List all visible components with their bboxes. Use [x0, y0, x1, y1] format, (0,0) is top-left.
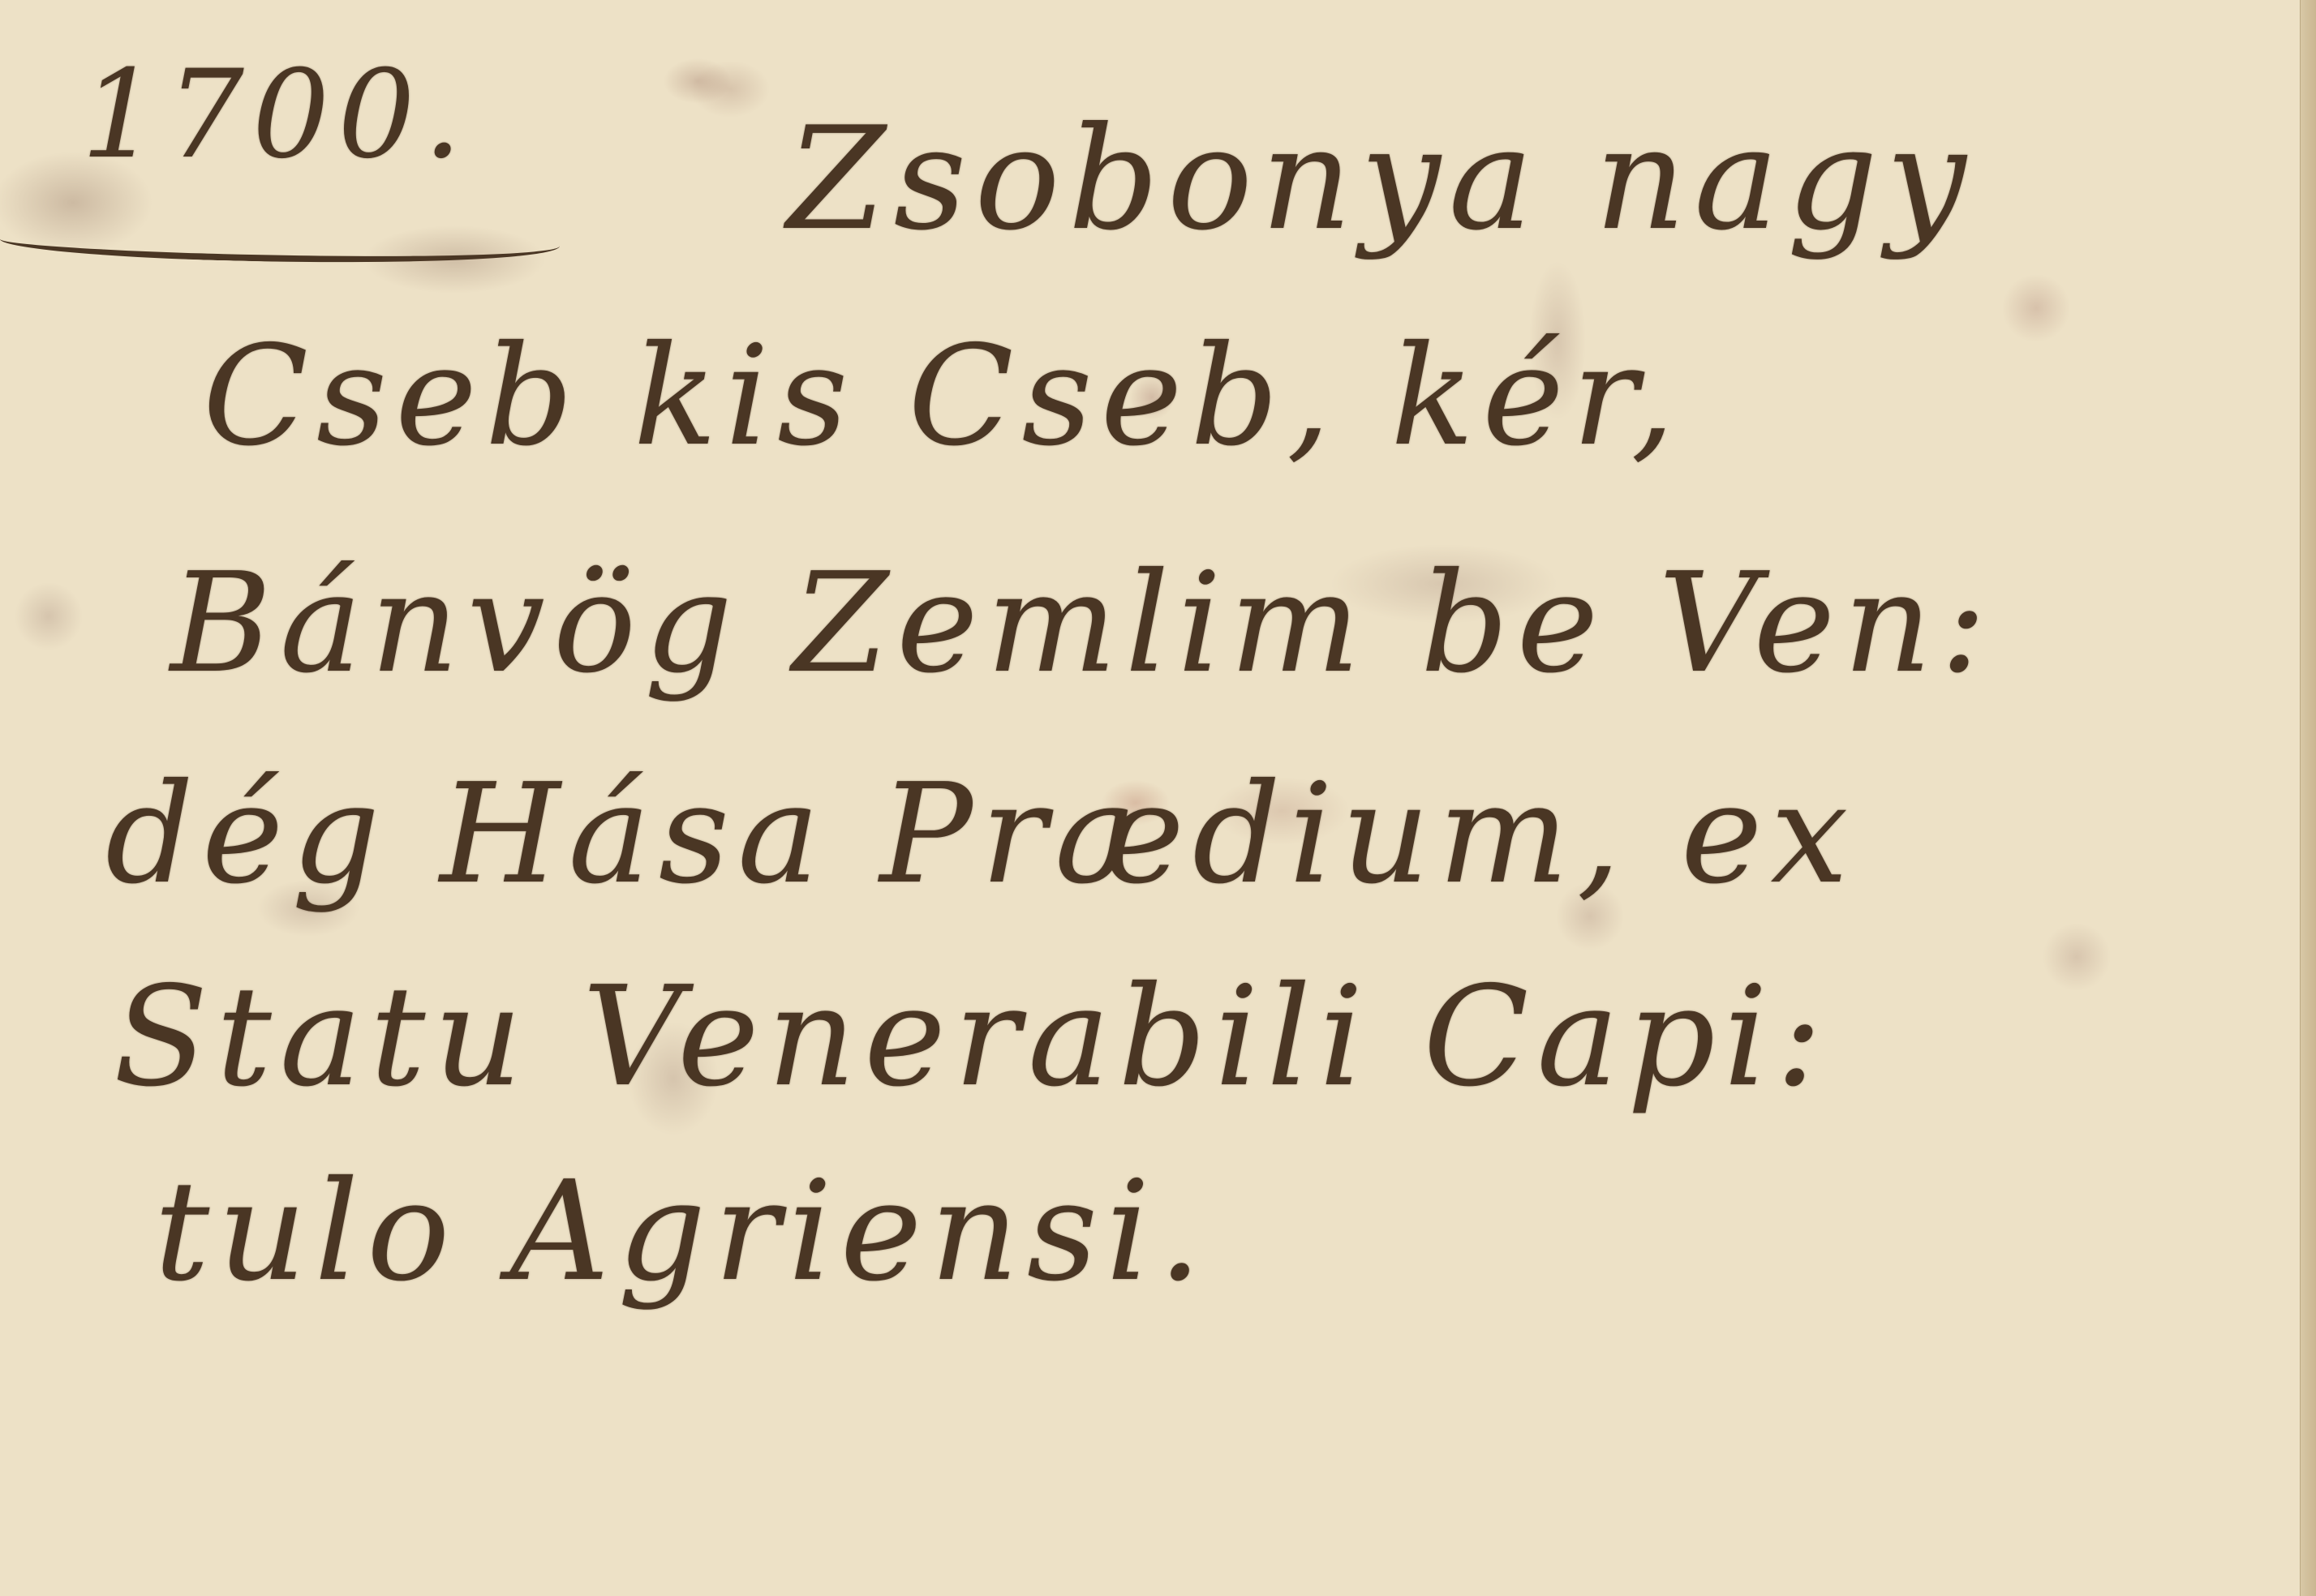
manuscript-page: 1700. Zsobonya nagy Cseb kis Cseb, kér, …	[0, 0, 2300, 1596]
text-line-5: Statu Venerabili Capi:	[114, 957, 1830, 1118]
year-heading: 1700.	[81, 45, 470, 186]
page-edge	[2300, 0, 2316, 1596]
text-line-6: tulo Agriensi.	[154, 1152, 1210, 1312]
text-line-1: Zsobonya nagy	[787, 97, 1974, 262]
text-line-2: Cseb kis Cseb, kér,	[203, 316, 1683, 477]
text-line-3: Bánvög Zemlim be Ven:	[170, 543, 1995, 704]
year-underline-flourish	[0, 216, 561, 269]
text-line-4: dég Hása Prædium, ex	[105, 754, 1856, 915]
